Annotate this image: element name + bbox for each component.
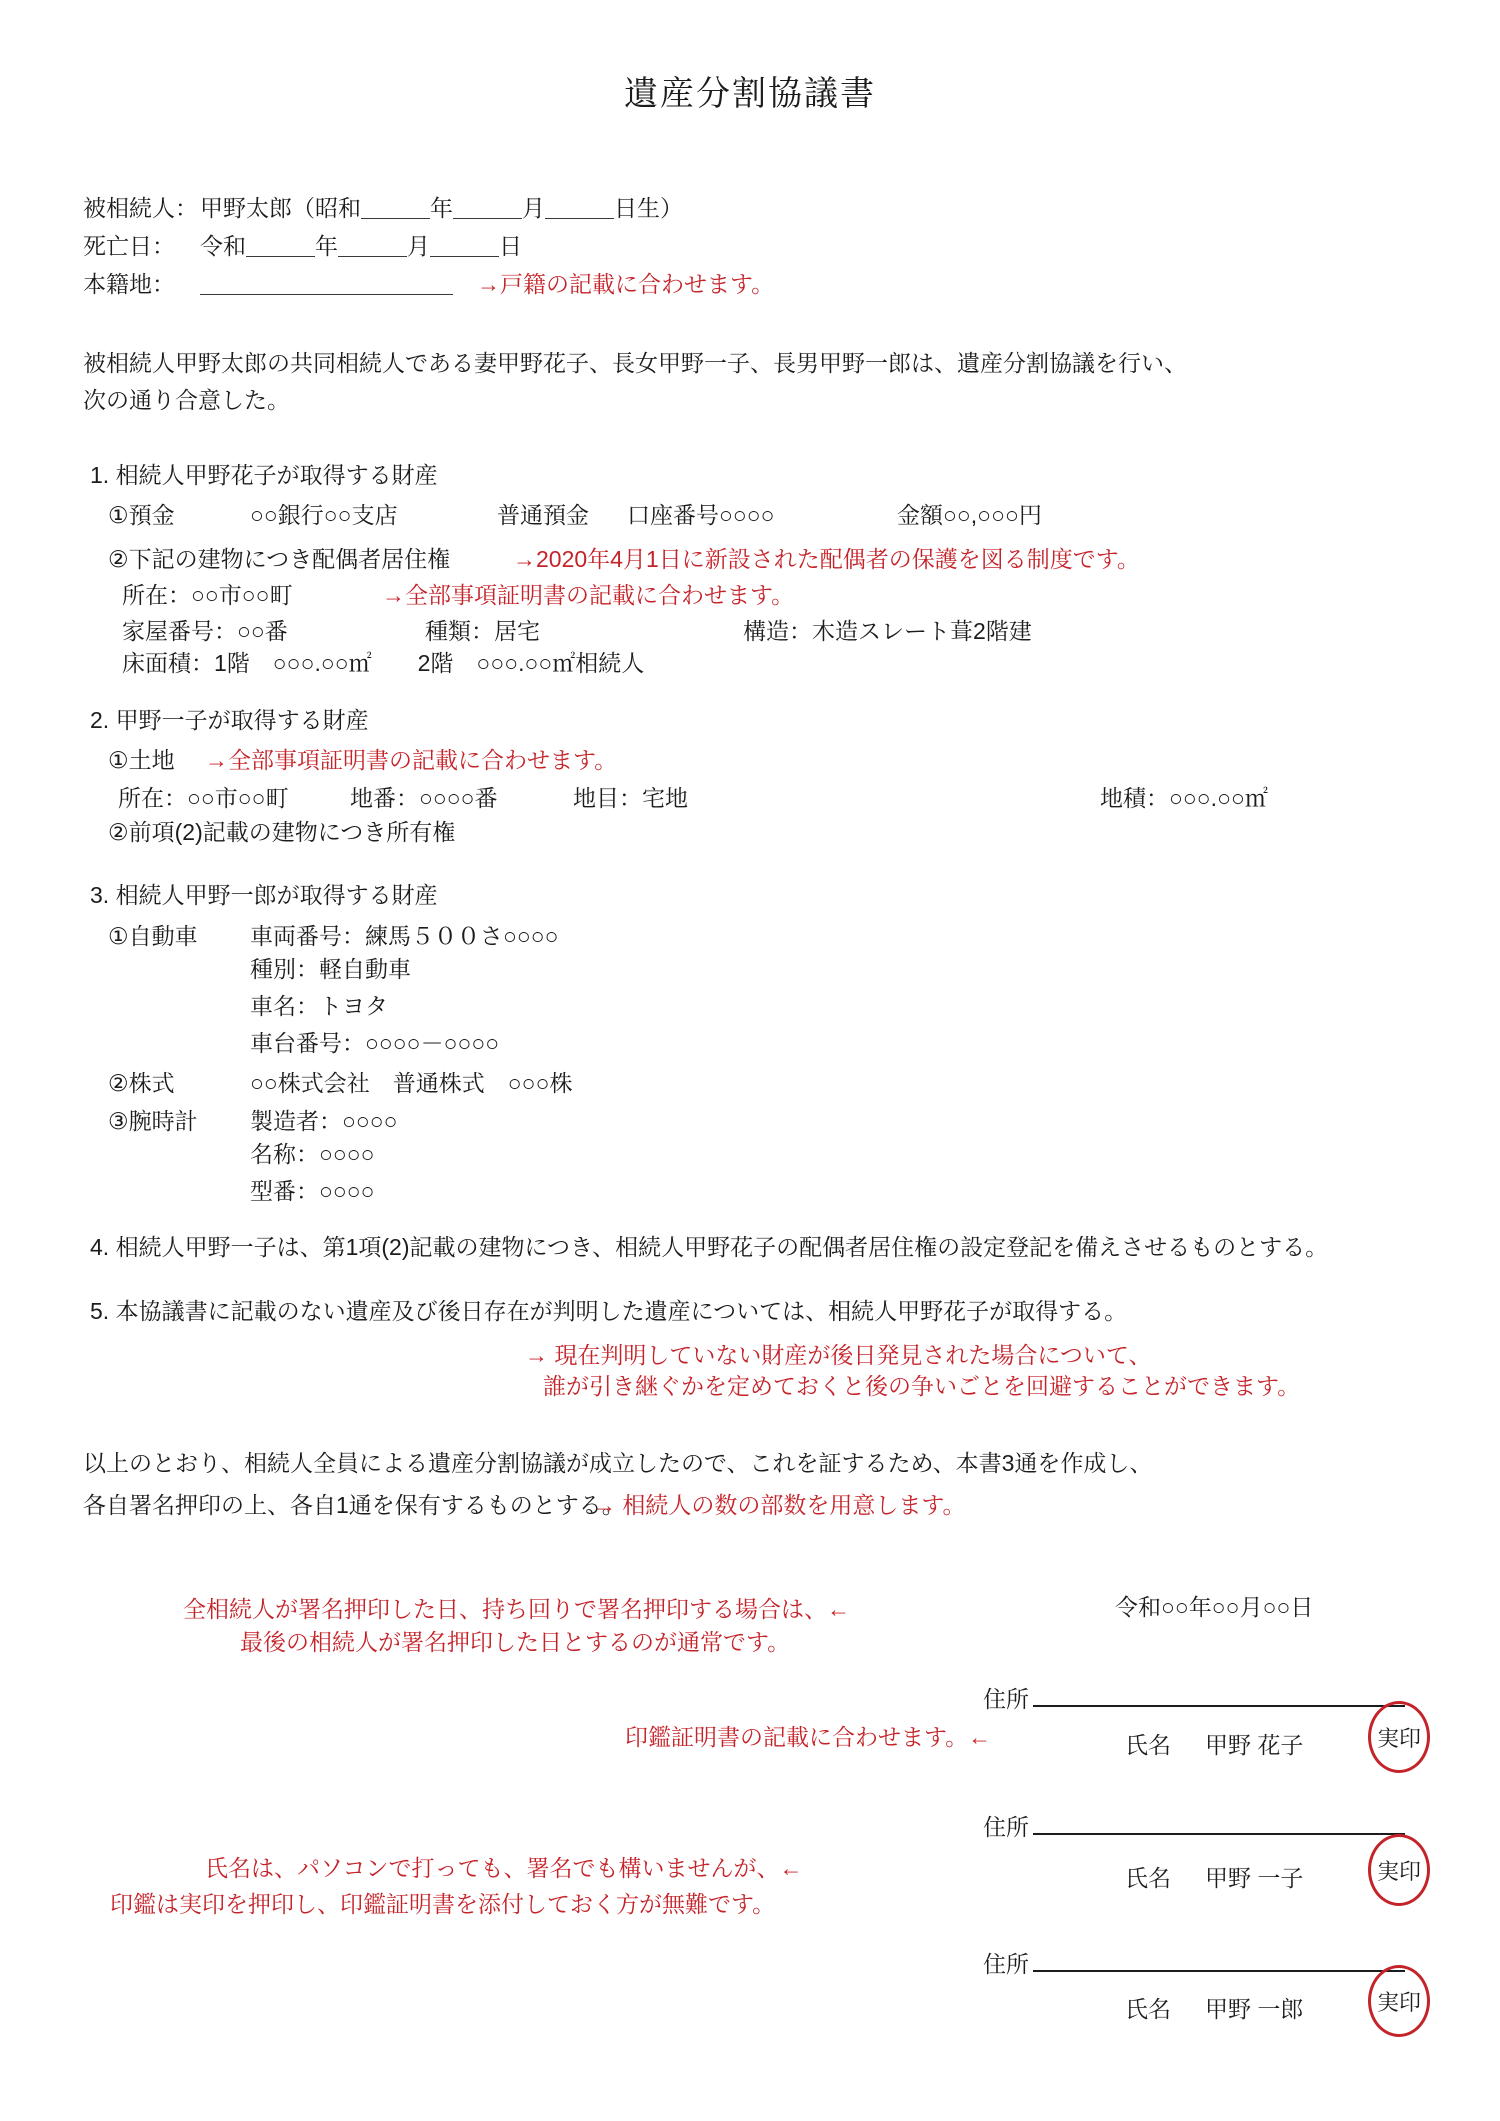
building-ownership: ②前項(2)記載の建物につき所有権 [108,818,455,848]
land-detail-row: 所在：○○市○○町 地番：○○○○番 地目：宅地 地積：○○○.○○㎡ [0,780,1500,812]
residence-right-row: ②下記の建物につき配偶者居住権 →2020年4月1日に新設された配偶者の保護を図… [0,541,1500,573]
land-area: 地積：○○○.○○㎡ [1100,780,1268,813]
death-date-value: 令和＿＿＿年＿＿＿月＿＿＿日 [200,228,522,261]
section5-note-1: → 現在判明していない財産が後日発見された場合について、 [525,1341,1151,1371]
closing-note: → 相続人の数の部数を用意します。 [593,1487,966,1520]
signer-row-1: 氏名 甲野 花子 [0,1727,1500,1759]
account-number: 口座番号○○○○ [627,497,775,530]
domicile-blank: ＿＿＿＿＿＿＿＿＿＿＿ [200,266,453,299]
date-note-1: 全相続人が署名押印した日、持ち回りで署名押印する場合は、← [183,1595,850,1625]
car-class: 種別：軽自動車 [250,955,411,985]
name-note-2: 印鑑は実印を押印し、印鑑証明書を添付しておく方が無難です。 [110,1890,775,1920]
account-type: 普通預金 [497,497,589,530]
watch-maker: 製造者：○○○○ [250,1103,398,1136]
deposit-amount: 金額○○,○○○円 [897,497,1042,530]
signer-name-2: 甲野 一子 [1205,1860,1303,1893]
decedent-value: 甲野太郎（昭和＿＿＿年＿＿＿月＿＿＿日生） [200,190,683,223]
watch-model: 型番：○○○○ [250,1177,375,1207]
address-underline-3 [1033,1952,1405,1972]
residence-right-item: ②下記の建物につき配偶者居住権 [108,541,450,574]
stock-item-row: ②株式 ○○株式会社 普通株式 ○○○株 [0,1065,1500,1097]
deposit-item-row: ①預金 ○○銀行○○支店 普通預金 口座番号○○○○ 金額○○,○○○円 [0,497,1500,529]
house-number: 家屋番号：○○番 [122,613,288,646]
car-item-label: ①自動車 [108,918,198,951]
section2-heading: 2. 甲野一子が取得する財産 [90,706,369,736]
land-location: 所在：○○市○○町 [118,780,289,813]
closing-line-1: 以上のとおり、相続人全員による遺産分割協議が成立したので、これを証するため、本書… [83,1449,1152,1479]
closing-line-2-row: 各自署名押印の上、各自1通を保有するものとする。 → 相続人の数の部数を用意しま… [0,1487,1500,1519]
watch-item-label: ③腕時計 [108,1103,198,1136]
property-location-note: →全部事項証明書の記載に合わせます。 [382,577,794,610]
address-label-1: 住所 [983,1685,1029,1715]
land-category: 地目：宅地 [573,780,688,813]
address-label-3: 住所 [983,1950,1029,1980]
seal-stamp-3: 実印 [1368,1965,1430,2037]
watch-item-row: ③腕時計 製造者：○○○○ [0,1103,1500,1135]
car-item-row: ①自動車 車両番号：練馬５００さ○○○○ [0,918,1500,950]
section3-heading: 3. 相続人甲野一郎が取得する財産 [90,881,438,911]
signer-name-3: 甲野 一郎 [1205,1991,1303,2024]
section4-clause: 4. 相続人甲野一子は、第1項(2)記載の建物につき、相続人甲野花子の配偶者居住… [90,1233,1328,1263]
bank-branch: ○○銀行○○支店 [250,497,398,530]
agreement-date: 令和○○年○○月○○日 [1115,1593,1313,1623]
section1-heading: 1. 相続人甲野花子が取得する財産 [90,461,438,491]
name-label-1: 氏名 [1125,1727,1171,1760]
address-label-2: 住所 [983,1813,1029,1843]
date-note-2: 最後の相続人が署名押印した日とするのが通常です。 [240,1628,790,1658]
name-label-3: 氏名 [1125,1991,1171,2024]
seal-stamp-2: 実印 [1368,1834,1430,1906]
property-location: 所在：○○市○○町 [122,577,293,610]
signer-name-1: 甲野 花子 [1205,1727,1303,1760]
death-date-label: 死亡日： [83,228,175,261]
floor-area: 床面積：1階 ○○○.○○㎡ 2階 ○○○.○○㎡相続人 [122,649,644,679]
car-make: 車名：トヨタ [250,992,388,1022]
land-lot-number: 地番：○○○○番 [350,780,498,813]
domicile-label: 本籍地： [83,266,175,299]
stock-item-label: ②株式 [108,1065,175,1098]
document-title: 遺産分割協議書 [0,72,1500,116]
seal-stamp-1: 実印 [1368,1701,1430,1773]
house-detail-row: 家屋番号：○○番 種類：居宅 構造：木造スレート葺2階建 [0,613,1500,645]
intro-line-1: 被相続人甲野太郎の共同相続人である妻甲野花子、長女甲野一子、長男甲野一郎は、遺産… [83,349,1187,379]
document-page: 遺産分割協議書 被相続人： 甲野太郎（昭和＿＿＿年＿＿＿月＿＿＿日生） 死亡日：… [0,0,1500,2121]
house-structure: 構造：木造スレート葺2階建 [743,613,1032,646]
section5-note-2: 誰が引き継ぐかを定めておくと後の争いごとを回避することができます。 [543,1372,1300,1402]
address-underline-1 [1033,1687,1405,1707]
decedent-row: 被相続人： 甲野太郎（昭和＿＿＿年＿＿＿月＿＿＿日生） [0,190,1500,222]
signer-row-2: 氏名 甲野 一子 [0,1860,1500,1892]
section5-clause: 5. 本協議書に記載のない遺産及び後日存在が判明した遺産については、相続人甲野花… [90,1297,1127,1327]
address-underline-2 [1033,1815,1405,1835]
stock-value: ○○株式会社 普通株式 ○○○株 [250,1065,572,1098]
watch-name: 名称：○○○○ [250,1140,375,1170]
death-date-row: 死亡日： 令和＿＿＿年＿＿＿月＿＿＿日 [0,228,1500,260]
land-note: →全部事項証明書の記載に合わせます。 [205,742,617,775]
residence-right-note: →2020年4月1日に新設された配偶者の保護を図る制度です。 [513,541,1140,574]
name-label-2: 氏名 [1125,1860,1171,1893]
domicile-row: 本籍地： ＿＿＿＿＿＿＿＿＿＿＿ →戸籍の記載に合わせます。 [0,266,1500,298]
intro-line-2: 次の通り合意した。 [83,386,290,416]
land-item: ①土地 [108,742,175,775]
car-vin: 車台番号：○○○○－○○○○ [250,1029,499,1059]
deposit-type: ①預金 [108,497,175,530]
signer-row-3: 氏名 甲野 一郎 [0,1991,1500,2023]
closing-line-2: 各自署名押印の上、各自1通を保有するものとする。 [83,1487,625,1520]
land-item-row: ①土地 →全部事項証明書の記載に合わせます。 [0,742,1500,774]
decedent-label: 被相続人： [83,190,198,223]
car-plate: 車両番号：練馬５００さ○○○○ [250,918,559,951]
domicile-note: →戸籍の記載に合わせます。 [477,266,774,299]
house-type: 種類：居宅 [425,613,540,646]
property-location-row: 所在：○○市○○町 →全部事項証明書の記載に合わせます。 [0,577,1500,609]
